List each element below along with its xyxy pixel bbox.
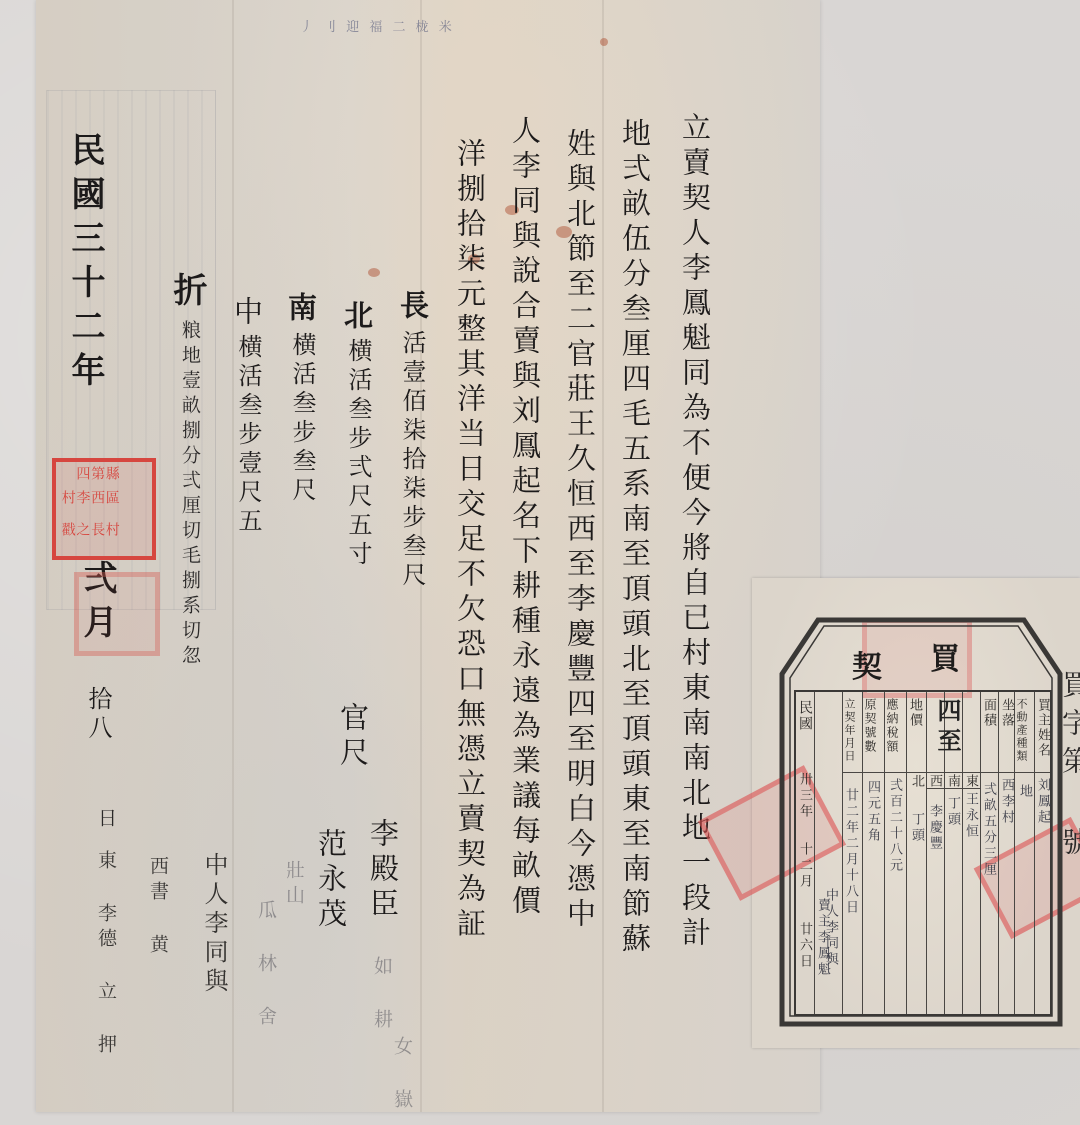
contract-line-3: 姓與北節至二官莊王久恒西至李慶豐四至明白今憑中 xyxy=(565,128,594,933)
label-tax-due: 應納稅額 xyxy=(886,698,898,754)
dimension-middle-label: 中 xyxy=(232,296,261,331)
label-land-price: 地價 xyxy=(908,698,921,728)
seal-line: 村 長 之 戳 xyxy=(60,522,119,552)
value-west: 李慶豐 xyxy=(928,804,941,852)
value-property-type: 地 xyxy=(1018,784,1031,800)
seller-signature: 東 李德 立 押 xyxy=(96,850,115,1059)
faint-mark: 如 耕 xyxy=(372,956,391,1034)
label-original-contract-no: 原契號數 xyxy=(864,698,876,754)
receipt-day: 廿六日 xyxy=(798,922,811,970)
label-location: 坐落 xyxy=(1000,698,1013,728)
converted-area-value: 粮地壹畝捌分弍厘切毛捌系切忽 xyxy=(180,320,199,670)
dimension-middle-value: 横活叁步壹尺五 xyxy=(236,334,260,537)
faint-mark: 瓜 林 舍 xyxy=(256,900,275,1031)
receipt-title-right: 買 xyxy=(930,634,960,678)
value-area: 弍畝五分三厘 xyxy=(982,782,995,878)
seal-line: 縣 第 四 xyxy=(60,466,119,488)
contract-date-era: 民國三十二年 xyxy=(68,132,102,396)
label-contract-date: 立契年月日 xyxy=(844,698,855,763)
contract-date-day-suffix: 日 xyxy=(96,808,115,833)
label-east: 東 xyxy=(964,774,977,789)
value-contract-date: 廿二年二月十八日 xyxy=(844,788,857,916)
paper-fold-line xyxy=(602,0,604,1112)
witness-li-dianchen: 李殿臣 xyxy=(368,818,397,923)
value-east: 王永恒 xyxy=(964,792,977,840)
witness-fan-yongmao: 范永茂 xyxy=(316,828,345,933)
value-buyer: 刘鳳起 xyxy=(1036,778,1049,826)
receipt-era: 民國 xyxy=(798,700,812,732)
faint-mark: 壯山 xyxy=(284,860,303,910)
stain xyxy=(368,268,380,277)
seal-line: 區 西 李 村 xyxy=(60,490,119,520)
value-north: 丁頭 xyxy=(910,812,923,844)
label-north: 北 xyxy=(910,774,923,789)
contract-date-day-tens: 拾八 xyxy=(86,686,110,744)
label-four-boundaries: 四至 xyxy=(930,698,965,758)
stain xyxy=(600,38,608,46)
middleman-signature: 中人李同與 xyxy=(202,852,226,997)
paper-fold-line xyxy=(232,0,234,1112)
receipt-table: 買主姓名 不動產種類 坐落 面積 四至 地價 應納稅額 原契號數 立契年月日 東… xyxy=(794,690,1052,1016)
dimension-long-label: 長 xyxy=(398,290,427,325)
official-measure: 官尺 xyxy=(338,702,367,772)
dimension-long-value: 活壹佰柒拾柒步叁尺 xyxy=(400,330,424,591)
contract-line-4: 人李同與說合賣與刘鳳起名下耕種永遠為業議每畝價 xyxy=(510,115,539,920)
value-price: 弍百二十八元 xyxy=(888,778,901,874)
receipt-seller: 賣主李鳳魁 xyxy=(816,898,829,978)
tax-receipt-maiqi: 買 契 買主姓名 不動產種類 坐落 面積 四至 地價 應納稅額 原契號數 立契年… xyxy=(752,578,1080,1048)
value-south: 丁頭 xyxy=(946,796,959,828)
value-location: 西李村 xyxy=(1000,778,1013,826)
receipt-side-serial: 買字第 號 xyxy=(1054,670,1080,865)
dimension-north-label: 北 xyxy=(342,300,371,335)
dimension-north-value: 横活叁步弍尺五寸 xyxy=(346,338,370,570)
faint-seal-impression xyxy=(74,572,160,656)
label-buyer-name: 買主姓名 xyxy=(1036,698,1049,758)
dimension-south-value: 横活叁步叁尺 xyxy=(290,332,314,506)
contract-line-5: 洋捌拾柒元整其洋当日交足不欠恐口無憑立賣契為証 xyxy=(455,138,484,943)
label-west: 西 xyxy=(928,774,941,789)
top-margin-note: 丿 刂 迎 福 二 栊 米 xyxy=(300,16,455,35)
receipt-month: 十二月 xyxy=(798,842,811,890)
contract-line-2: 地弍畝伍分叁厘四毛五系南至頂頭北至頂頭東至南節蘇 xyxy=(620,118,649,958)
value-tax: 四元五角 xyxy=(866,780,879,844)
receipt-title-left: 契 xyxy=(852,642,882,686)
faint-mark: 女 嶽 xyxy=(392,1036,411,1114)
village-chief-seal: 縣 第 四 區 西 李 村 村 長 之 戳 xyxy=(52,458,156,560)
label-property-type: 不動產種類 xyxy=(1016,698,1027,763)
label-area: 面積 xyxy=(982,698,995,728)
converted-area-label: 折 xyxy=(170,272,204,316)
receipt-year: 卅三年 xyxy=(798,772,811,820)
scribe-signature: 西書 黄 xyxy=(148,856,167,959)
dimension-south-label: 南 xyxy=(286,292,315,327)
label-south: 南 xyxy=(946,774,959,789)
